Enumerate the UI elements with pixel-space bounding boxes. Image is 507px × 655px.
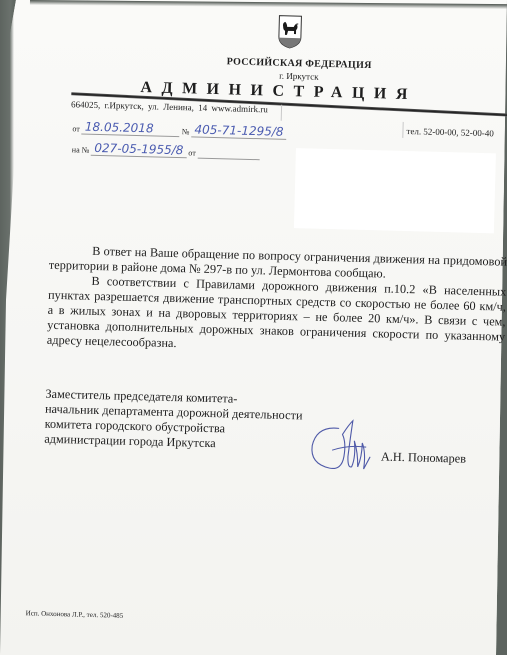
outgoing-number: 405-71-1295/8 [191,122,286,139]
outgoing-date: 18.05.2018 [82,120,180,138]
incoming-reference: на № 027-05-1955/8 от [70,140,260,160]
signer-position: Заместитель председателя комитета- начал… [44,387,303,454]
letterhead-divider [402,122,403,138]
letterhead-divider [281,105,282,121]
executor-note: Исп. Онхонова Л.Р., тел. 520-485 [26,609,124,620]
letter-content: РОССИЙСКАЯ ФЕДЕРАЦИЯ г. Иркутск АДМИНИСТ… [0,0,507,655]
body-paragraph: В соответствии с Правилами дорожного дви… [47,273,507,360]
number-label: № [180,127,192,137]
reply-date-label: от [186,148,198,158]
signer-name: А.Н. Пономарев [381,449,466,466]
reply-to-label: на № [70,145,92,156]
letter-body: В ответ на Ваше обращение по вопросу огр… [47,243,507,360]
organization-phone: тел. 52-00-00, 52-00-40 [406,126,494,138]
reply-to-number: 027-05-1955/8 [91,141,186,158]
reply-date-blank [198,146,260,161]
redacted-recipient-area [294,148,496,233]
handwritten-signature-icon [307,416,375,478]
irkutsk-coat-of-arms-icon [278,15,303,50]
outgoing-reference: от 18.05.2018 № 405-71-1295/8 [70,119,286,140]
date-label: от [70,124,82,134]
